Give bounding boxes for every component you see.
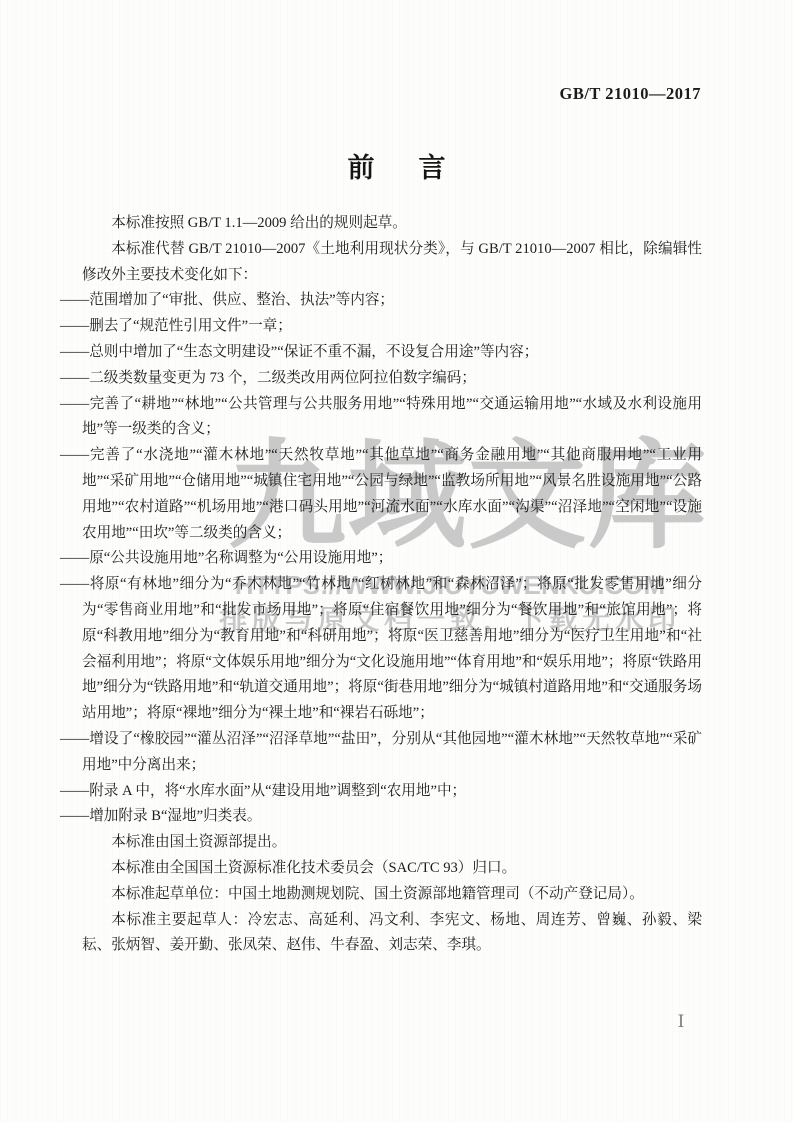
change-list-item: ——总则中增加了“生态文明建设”“保证不重不漏，不设复合用途”等内容；: [82, 340, 702, 366]
page-number: Ⅰ: [666, 1012, 696, 1032]
change-list-item: ——删去了“规范性引用文件”一章；: [82, 314, 702, 340]
change-list-item: ——完善了“耕地”“林地”“公共管理与公共服务用地”“特殊用地”“交通运输用地”…: [82, 392, 702, 444]
paragraph: 本标准按照 GB/T 1.1—2009 给出的规则起草。: [82, 211, 702, 237]
change-list-item: ——完善了“水浇地”“灌木林地”“天然牧草地”“其他草地”“商务金融用地”“其他…: [82, 443, 702, 546]
change-list-item: ——增设了“橡胶园”“灌丛沼泽”“沼泽草地”“盐田”，分别从“其他园地”“灌木林…: [82, 727, 702, 779]
page-title-char-2: 言: [419, 146, 446, 185]
foreword-body: 本标准按照 GB/T 1.1—2009 给出的规则起草。 本标准代替 GB/T …: [82, 211, 702, 959]
change-list-item: ——原“公共设施用地”名称调整为“公用设施用地”；: [82, 546, 702, 572]
document-page: 九域文库 HTTPS://WWW.JIUYUWENKU.COM 排版与原文档一致…: [0, 0, 793, 1122]
change-list-item: ——将原“有林地”细分为“乔木林地”“竹林地”“红树林地”和“森林沼泽”；将原“…: [82, 572, 702, 727]
paragraph: 本标准起草单位：中国土地勘测规划院、国土资源部地籍管理司（不动产登记局）。: [82, 882, 702, 908]
change-list-item: ——增加附录 B“湿地”归类表。: [82, 804, 702, 830]
page-title: 前言: [0, 146, 793, 185]
paragraph: 本标准由全国国土资源标准化技术委员会（SAC/TC 93）归口。: [82, 856, 702, 882]
standard-code: GB/T 21010—2017: [559, 84, 701, 104]
paragraph: 本标准主要起草人：冷宏志、高延利、冯文利、李宪文、杨地、周连芳、曾巍、孙毅、梁耘…: [82, 908, 702, 960]
paragraph: 本标准由国土资源部提出。: [82, 830, 702, 856]
change-list-item: ——范围增加了“审批、供应、整治、执法”等内容；: [82, 288, 702, 314]
change-list-item: ——附录 A 中，将“水库水面”从“建设用地”调整到“农用地”中；: [82, 779, 702, 805]
page-title-char-1: 前: [348, 146, 375, 185]
paragraph: 本标准代替 GB/T 21010—2007《土地利用现状分类》，与 GB/T 2…: [82, 237, 702, 289]
change-list-item: ——二级类数量变更为 73 个，二级类改用两位阿拉伯数字编码；: [82, 366, 702, 392]
